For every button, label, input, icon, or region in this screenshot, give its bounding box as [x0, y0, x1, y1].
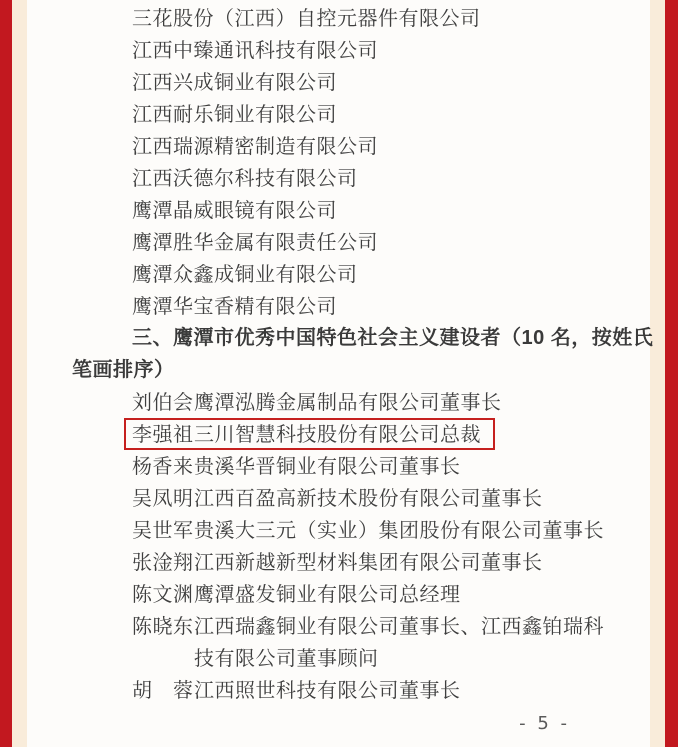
page-border-red-left	[0, 0, 12, 747]
honoree-title: 江西照世科技有限公司董事长	[194, 674, 615, 706]
company-list: 三花股份（江西）自控元器件有限公司 江西中臻通讯科技有限公司 江西兴成铜业有限公…	[132, 2, 615, 322]
honoree-title: 鹰潭泓腾金属制品有限公司董事长	[194, 386, 615, 418]
honoree-name: 杨香来	[132, 450, 194, 482]
company-list-item: 江西兴成铜业有限公司	[132, 66, 615, 98]
page-border-cream-left	[12, 0, 27, 747]
company-list-item: 三花股份（江西）自控元器件有限公司	[132, 2, 615, 34]
honoree-name: 张淦翔	[132, 546, 194, 578]
section-heading: 三、鹰潭市优秀中国特色社会主义建设者（10 名，按姓氏 笔画排序）	[72, 322, 615, 386]
honoree-name: 胡 蓉	[132, 674, 194, 706]
honoree-title: 贵溪大三元（实业）集团股份有限公司董事长	[194, 514, 615, 546]
honoree-title: 江西百盈高新技术股份有限公司董事长	[194, 482, 615, 514]
honoree-name: 刘伯会	[132, 386, 194, 418]
company-list-item: 鹰潭众鑫成铜业有限公司	[132, 258, 615, 290]
honoree-row: 刘伯会 鹰潭泓腾金属制品有限公司董事长	[132, 386, 615, 418]
company-list-item: 江西沃德尔科技有限公司	[132, 162, 615, 194]
honoree-row: 杨香来 贵溪华晋铜业有限公司董事长	[132, 450, 615, 482]
honoree-row: 陈文渊 鹰潭盛发铜业有限公司总经理	[132, 578, 615, 610]
honoree-name: 陈晓东	[132, 610, 194, 642]
honoree-row: 张淦翔 江西新越新型材料集团有限公司董事长	[132, 546, 615, 578]
page-border-red-right	[665, 0, 678, 747]
page-number: - 5 -	[72, 710, 615, 738]
page-border-cream-right	[650, 0, 665, 747]
honoree-row: 吴世军 贵溪大三元（实业）集团股份有限公司董事长	[132, 514, 615, 546]
honoree-name: 李强祖	[132, 418, 194, 450]
honoree-list: 刘伯会 鹰潭泓腾金属制品有限公司董事长 李强祖 三川智慧科技股份有限公司总裁 杨…	[132, 386, 615, 706]
page-content: 三花股份（江西）自控元器件有限公司 江西中臻通讯科技有限公司 江西兴成铜业有限公…	[27, 0, 650, 747]
honoree-title: 鹰潭盛发铜业有限公司总经理	[194, 578, 615, 610]
honoree-name: 吴凤明	[132, 482, 194, 514]
honoree-name: 陈文渊	[132, 578, 194, 610]
honoree-title: 三川智慧科技股份有限公司总裁	[194, 418, 481, 450]
section-heading-line1: 三、鹰潭市优秀中国特色社会主义建设者（10 名，按姓氏	[72, 322, 615, 354]
honoree-title: 江西瑞鑫铜业有限公司董事长、江西鑫铂瑞科技有限公司董事顾问	[194, 610, 615, 674]
highlight-box: 李强祖 三川智慧科技股份有限公司总裁	[124, 418, 495, 450]
company-list-item: 鹰潭胜华金属有限责任公司	[132, 226, 615, 258]
honoree-name: 吴世军	[132, 514, 194, 546]
honoree-title: 贵溪华晋铜业有限公司董事长	[194, 450, 615, 482]
document-page: { "page": { "background": "#fdfcfa", "bo…	[0, 0, 678, 747]
company-list-item: 江西中臻通讯科技有限公司	[132, 34, 615, 66]
section-heading-line2: 笔画排序）	[72, 354, 615, 386]
company-list-item: 鹰潭华宝香精有限公司	[132, 290, 615, 322]
honoree-title: 江西新越新型材料集团有限公司董事长	[194, 546, 615, 578]
company-list-item: 江西耐乐铜业有限公司	[132, 98, 615, 130]
company-list-item: 鹰潭晶威眼镜有限公司	[132, 194, 615, 226]
company-list-item: 江西瑞源精密制造有限公司	[132, 130, 615, 162]
honoree-row: 胡 蓉 江西照世科技有限公司董事长	[132, 674, 615, 706]
honoree-row: 陈晓东 江西瑞鑫铜业有限公司董事长、江西鑫铂瑞科技有限公司董事顾问	[132, 610, 615, 674]
honoree-row: 吴凤明 江西百盈高新技术股份有限公司董事长	[132, 482, 615, 514]
honoree-row-highlighted: 李强祖 三川智慧科技股份有限公司总裁	[132, 418, 615, 450]
